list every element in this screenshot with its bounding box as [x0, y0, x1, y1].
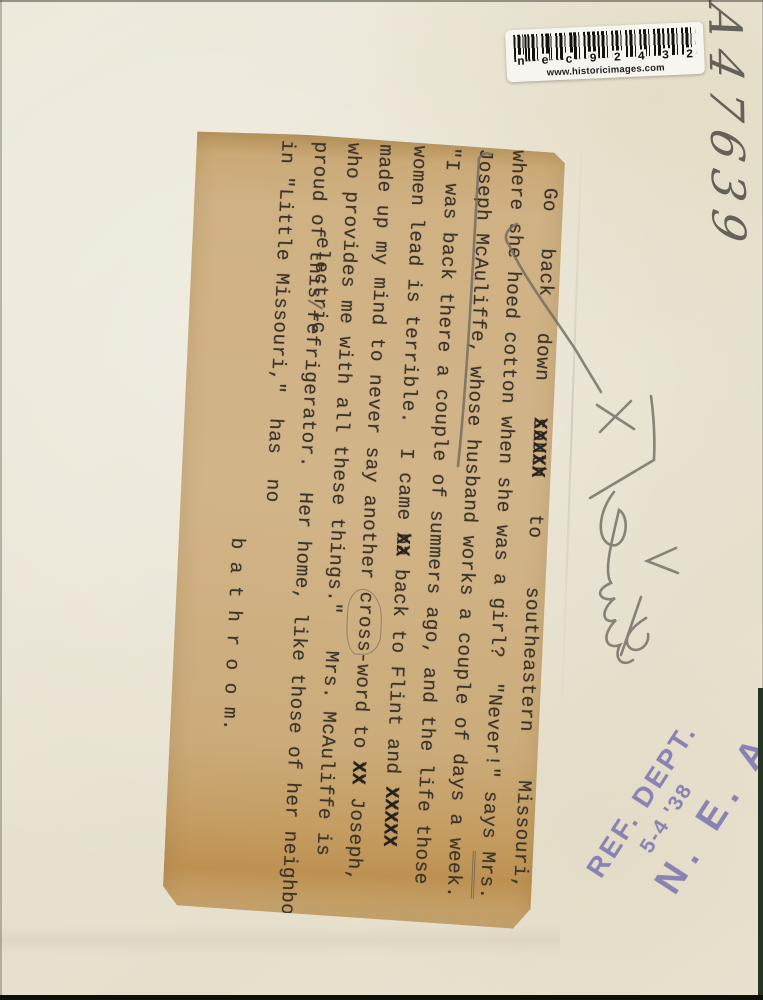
ref-stamp: REF. DEPT. 5-4 '38 N. E. A [580, 690, 763, 924]
barcode-char: 3 [661, 48, 671, 62]
margin-scribble-icon [600, 492, 648, 663]
photo-edge-bottom [0, 995, 763, 1000]
overstruck-text: xxXX [341, 760, 375, 786]
caption-pencil-circle: cross [345, 588, 383, 656]
overstruck-text: xxxxxXXXXX [372, 786, 408, 848]
paper-crease-band [0, 925, 560, 955]
overstruck-text: southXXXXX [520, 417, 556, 479]
seven-mark-icon [590, 396, 654, 498]
barcode-char: e [540, 53, 550, 67]
typed-caption: Go back down southXXXXX to southeastern … [200, 138, 567, 964]
handwritten-id: A47639 [698, 0, 757, 258]
barcode-char: 2 [685, 47, 695, 61]
barcode-char: 4 [636, 49, 646, 63]
caption-text: back to Flint and [381, 556, 413, 787]
barcode-char: 9 [588, 51, 598, 65]
barcode-char: n [516, 54, 526, 68]
barcode-char: c [564, 52, 574, 66]
photo-edge-left [0, 0, 2, 1000]
photo-edge-top [0, 0, 763, 2]
photo-edge-right-green [758, 688, 763, 1000]
caption-pencil-underline: Mrs. [471, 851, 499, 901]
caption-text: Joseph, [342, 785, 368, 883]
caption-clipping: Go back down southXXXXX to southeastern … [162, 130, 566, 929]
x-mark-icon [597, 401, 634, 432]
caption-text: Go back down [529, 151, 563, 418]
caption-text: -word to [348, 652, 375, 762]
arrow-mark-icon [647, 548, 678, 573]
paper-crease-line [561, 120, 584, 720]
overstruck-text: baXX [385, 532, 419, 558]
barcode-sticker: nec92432 www.historicimages.com [505, 22, 705, 83]
photo-back: Go back down southXXXXX to southeastern … [0, 0, 763, 1000]
barcode-char: 2 [612, 50, 622, 64]
